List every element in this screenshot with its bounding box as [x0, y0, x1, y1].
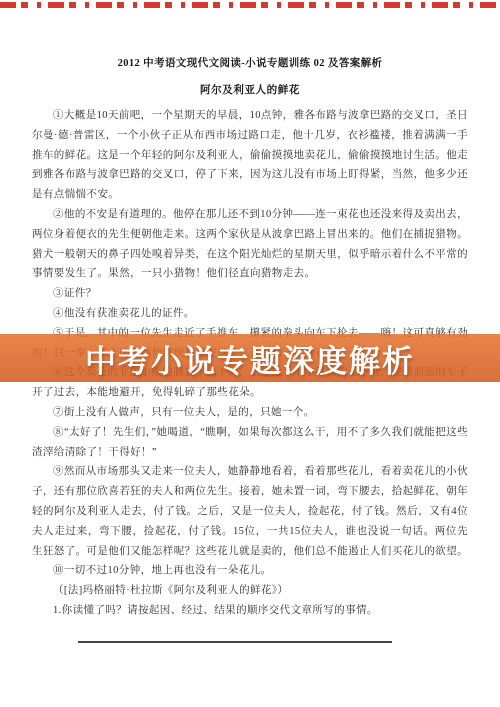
article-paragraph: ⑨然而从市场那头又走来一位夫人，她静静地看着，看着那些花儿，看着卖花儿的小伙子，…: [32, 462, 468, 561]
article-paragraph: ②他的不安是有道理的。他停在那儿还不到10分钟——连一束花也还没来得及卖出去，两…: [32, 205, 468, 284]
document-title: 2012 中考语文现代文阅读-小说专题训练 02 及答案解析: [0, 0, 500, 71]
article-paragraph: ③证件？: [32, 284, 468, 304]
article-paragraph: ①大概是10天前吧，一个星期天的早晨，10点钟，雅各布路与波拿巴路的交叉口，圣日…: [32, 106, 468, 205]
article-paragraph: ⑦街上没有人做声，只有一位夫人，是的，只她一个。: [32, 403, 468, 423]
article-paragraph: ⑩一切不过10分钟，地上再也没有一朵花儿。: [32, 561, 468, 581]
article-title: 阿尔及利亚人的鲜花: [0, 84, 500, 98]
top-decorative-border: [0, 2, 500, 8]
promo-banner: 中考小说专题深度解析: [0, 334, 500, 382]
answer-blank-line: [78, 635, 392, 643]
document-page: 2012 中考语文现代文阅读-小说专题训练 02 及答案解析 阿尔及利亚人的鲜花…: [0, 0, 500, 707]
question-1: 1.你读懂了吗？请按起因、经过、结果的顺序交代文章所写的事情。: [32, 601, 468, 621]
article-paragraph: ④他没有获准卖花儿的证件。: [32, 304, 468, 324]
article-paragraph: ⑧“太好了！先生们，”她喝道，“瞧啊，如果每次都这么干，用不了多久我们就能把这些…: [32, 423, 468, 463]
source-attribution: （[法]玛格丽特·杜拉斯《阿尔及利亚人的鲜花》）: [32, 581, 468, 601]
promo-banner-title: 中考小说专题深度解析: [85, 336, 415, 381]
